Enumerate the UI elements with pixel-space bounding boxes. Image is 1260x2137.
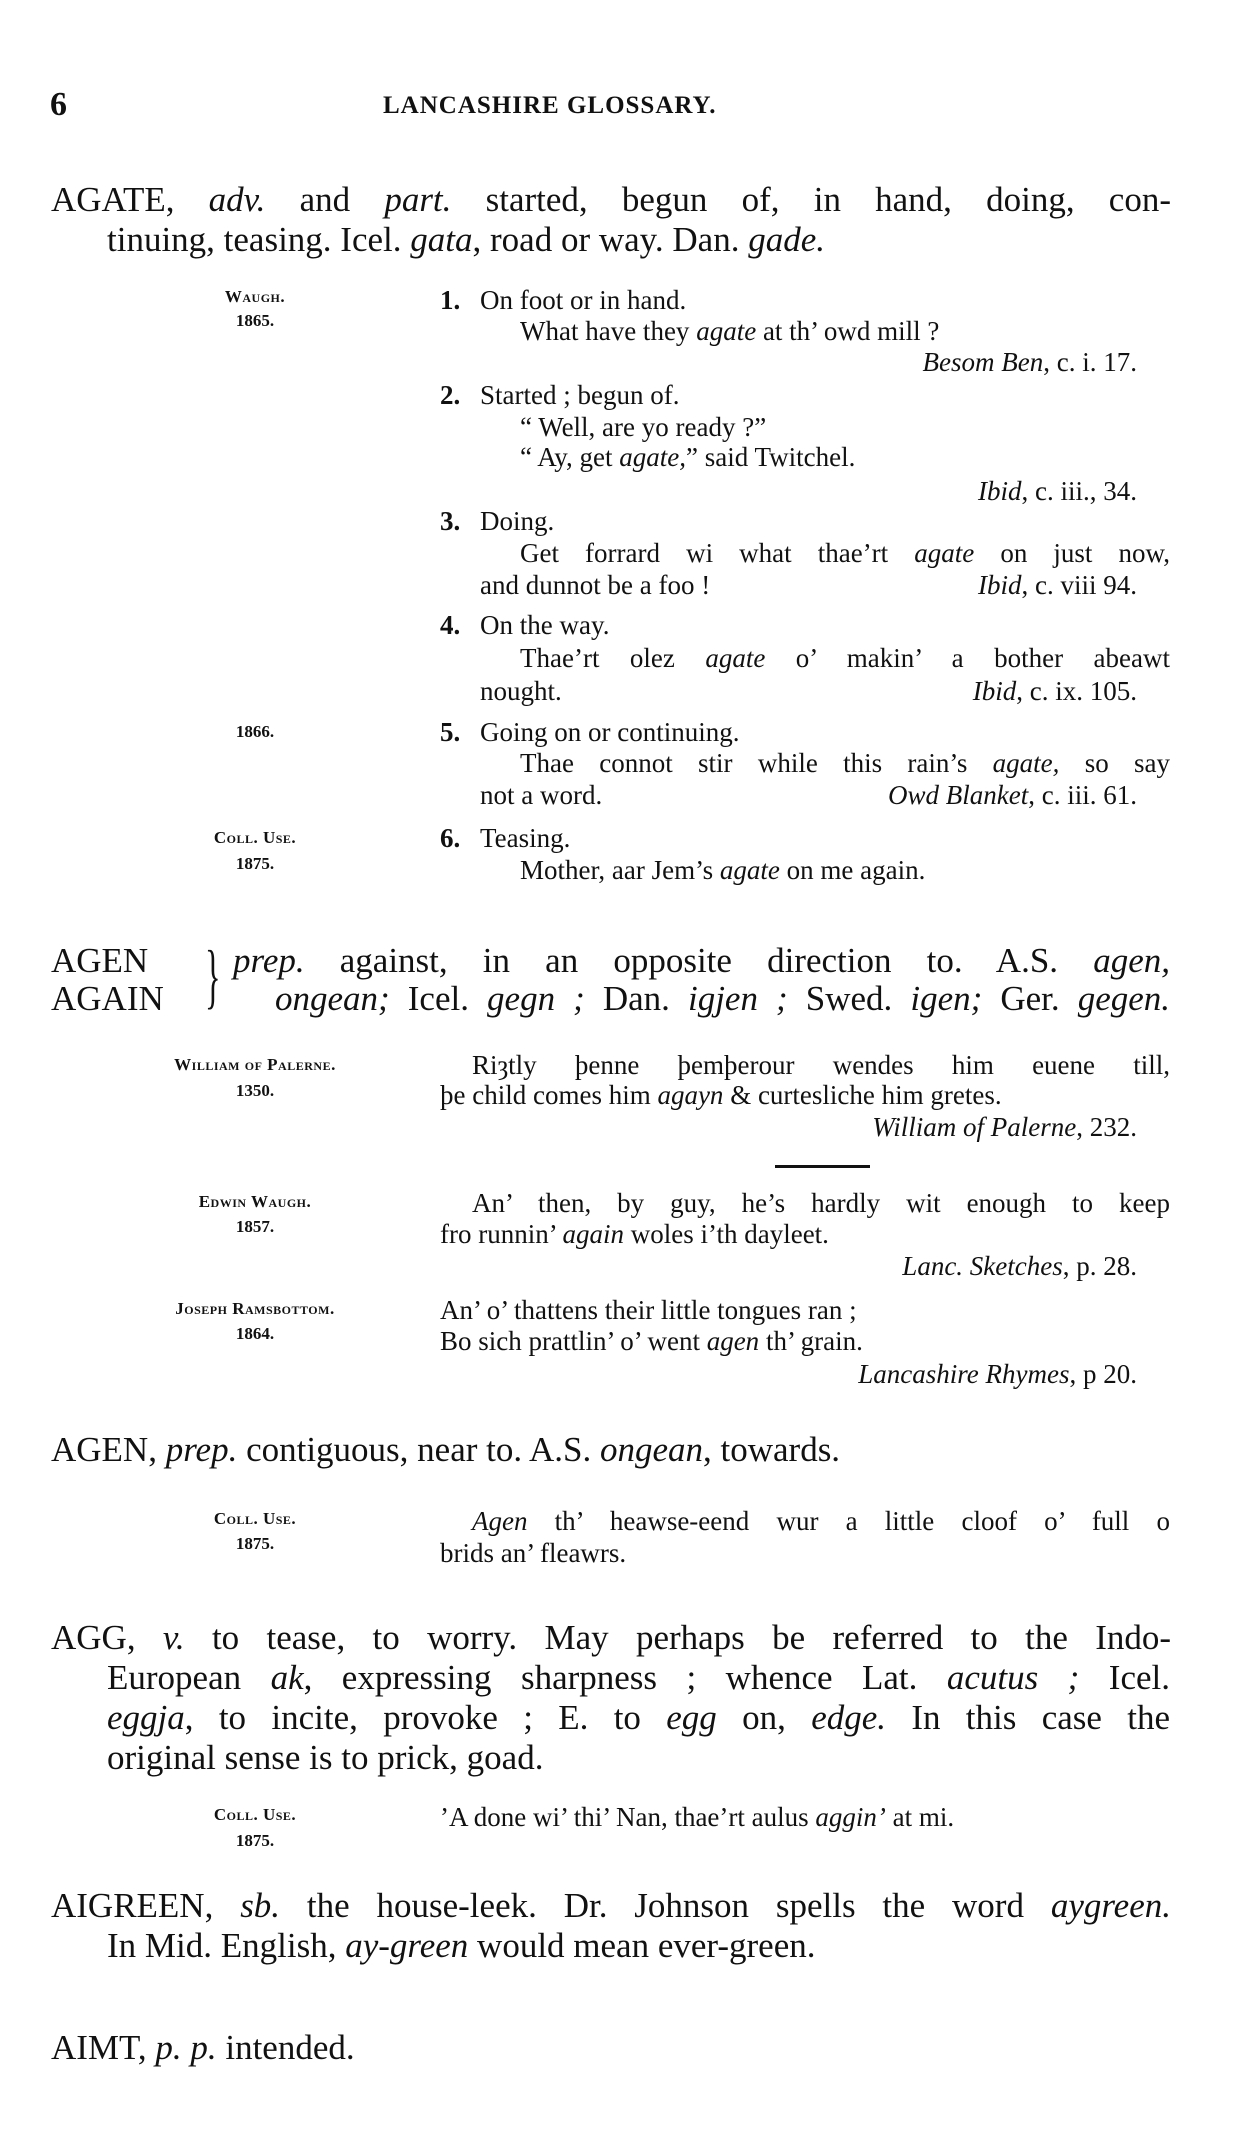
quote-line: What have they agate at th’ owd mill ?	[520, 318, 939, 345]
sense-label: Teasing.	[480, 825, 570, 852]
quote-line: nought.	[480, 678, 562, 705]
quote-line: Bo sich prattlin’ o’ went agen th’ grain…	[440, 1328, 863, 1355]
entry-agg-line-1: AGG, v. to tease, to worry. May perhaps …	[51, 1620, 1171, 1655]
sense-label: Started ; begun of.	[480, 382, 679, 409]
quote-citation: Lanc. Sketches, p. 28.	[700, 1253, 1137, 1280]
citation-year: 1857.	[155, 1218, 355, 1235]
quote-line: Riȝtly þenne þemþerour wendes him euene …	[472, 1052, 1170, 1079]
entry-aimt-line-1: AIMT, p. p. intended.	[51, 2030, 355, 2065]
sense-label: On the way.	[480, 612, 609, 639]
sense-number: 4.	[440, 612, 460, 639]
citation-source: Waugh.	[155, 288, 355, 305]
citation-source: William of Palerne.	[155, 1056, 355, 1073]
quote-line: Thae connot stir while this rain’s agate…	[520, 750, 1170, 777]
sense-number: 5.	[440, 719, 460, 746]
quote-line: and dunnot be a foo !	[480, 572, 710, 599]
citation-year: 1865.	[155, 312, 355, 329]
quote-line: fro runnin’ again woles i’th dayleet.	[440, 1221, 829, 1248]
headword-again: AGAIN	[51, 981, 164, 1016]
entry-agg-line-3: eggja, to incite, provoke ; E. to egg on…	[107, 1700, 1170, 1735]
quote-line: Get forrard wi what thae’rt agate on jus…	[520, 540, 1170, 567]
quote-line: not a word.	[480, 782, 602, 809]
citation-year: 1866.	[155, 723, 355, 740]
quote-line: Agen th’ heawse-eend wur a little cloof …	[472, 1508, 1170, 1535]
entry-agen-prep-line-1: AGEN, prep. contiguous, near to. A.S. on…	[51, 1432, 840, 1467]
quote-line: ’A done wi’ thi’ Nan, thae’rt aulus aggi…	[440, 1804, 954, 1831]
citation-source: Coll. Use.	[155, 1806, 355, 1823]
citation-source: Coll. Use.	[155, 1510, 355, 1527]
entry-agate-line-2: tinuing, teasing. Icel. gata, road or wa…	[107, 222, 825, 257]
section-rule	[775, 1165, 870, 1168]
citation-source: Edwin Waugh.	[155, 1193, 355, 1210]
quote-line: brids an’ fleawrs.	[440, 1540, 626, 1567]
citation-year: 1864.	[155, 1325, 355, 1342]
quote-line: þe child comes him agayn & curtesliche h…	[440, 1082, 1002, 1109]
entry-agen-line-2: ongean; Icel. gegn ; Dan. igjen ; Swed. …	[275, 981, 1170, 1016]
entry-aigreen-line-2: In Mid. English, ay-green would mean eve…	[107, 1928, 816, 1963]
quote-citation: Owd Blanket, c. iii. 61.	[700, 782, 1137, 809]
running-title: LANCASHIRE GLOSSARY.	[383, 93, 717, 118]
quote-line: Mother, aar Jem’s agate on me again.	[520, 857, 925, 884]
quote-line: An’ then, by guy, he’s hardly wit enough…	[472, 1190, 1170, 1217]
quote-citation: Ibid, c. ix. 105.	[700, 678, 1137, 705]
page-number: 6	[50, 88, 67, 122]
sense-number: 1.	[440, 287, 460, 314]
sense-label: On foot or in hand.	[480, 287, 686, 314]
headword-agen: AGEN	[51, 943, 148, 978]
entry-agate-line-1: AGATE, adv. and part. started, begun of,…	[51, 182, 1171, 217]
quote-citation: Lancashire Rhymes, p 20.	[700, 1361, 1137, 1388]
quote-line: An’ o’ thattens their little tongues ran…	[440, 1297, 857, 1324]
quote-citation: Ibid, c. viii 94.	[700, 572, 1137, 599]
sense-number: 3.	[440, 508, 460, 535]
citation-year: 1875.	[155, 855, 355, 872]
entry-aigreen-line-1: AIGREEN, sb. the house-leek. Dr. Johnson…	[51, 1888, 1171, 1923]
sense-number: 6.	[440, 825, 460, 852]
quote-line: “ Well, are yo ready ?”	[520, 414, 766, 441]
entry-agen-line-1: prep. against, in an opposite direction …	[233, 943, 1170, 978]
brace-symbol: }	[205, 940, 221, 1012]
quote-citation: William of Palerne, 232.	[700, 1114, 1137, 1141]
sense-label: Doing.	[480, 508, 554, 535]
entry-agg-line-4: original sense is to prick, goad.	[107, 1740, 543, 1775]
entry-agg-line-2: European ak, expressing sharpness ; when…	[107, 1660, 1170, 1695]
quote-citation: Besom Ben, c. i. 17.	[700, 349, 1137, 376]
citation-year: 1350.	[155, 1082, 355, 1099]
sense-number: 2.	[440, 382, 460, 409]
citation-year: 1875.	[155, 1535, 355, 1552]
citation-source: Coll. Use.	[155, 829, 355, 846]
quote-citation: Ibid, c. iii., 34.	[700, 478, 1137, 505]
citation-year: 1875.	[155, 1832, 355, 1849]
sense-label: Going on or continuing.	[480, 719, 739, 746]
citation-source: Joseph Ramsbottom.	[155, 1300, 355, 1317]
quote-line: Thae’rt olez agate o’ makin’ a bother ab…	[520, 645, 1170, 672]
quote-line: “ Ay, get agate,” said Twitchel.	[520, 444, 855, 471]
